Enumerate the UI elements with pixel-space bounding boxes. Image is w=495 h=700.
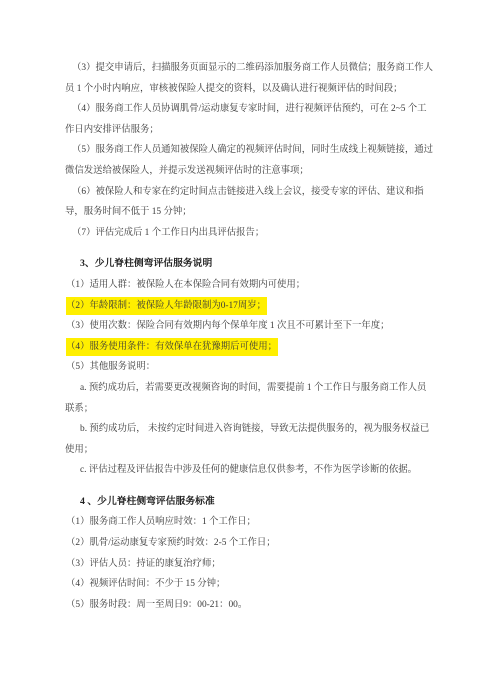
clause: （6）被保险人和专家在约定时间点击链接进入线上会议，接受专家的评估、建议和指导，…	[65, 182, 433, 223]
document-section: 4 、少儿脊柱侧弯评估服务标准（1）服务商工作人员响应时效：1 个工作日；（2）…	[65, 492, 433, 616]
clause: c. 评估过程及评估报告中涉及任何的健康信息仅供参考，不作为医学诊断的依据。	[65, 460, 433, 481]
clause: （4）服务商工作人员协调肌骨/运动康复专家时间，进行视频评估预约，可在 2~5 …	[65, 99, 433, 140]
highlighted-clause: （4）服务使用条件：有效保单在犹豫期后可使用；	[65, 337, 433, 358]
document-section: （3）提交申请后，扫描服务页面显示的二维码添加服务商工作人员微信；服务商工作人员…	[65, 58, 433, 243]
section-title: 4 、少儿脊柱侧弯评估服务标准	[65, 492, 433, 513]
clause: （3）评估人员：持证的康复治疗师；	[65, 554, 433, 575]
clause: （1）服务商工作人员响应时效：1 个工作日；	[65, 512, 433, 533]
highlight-mark: （4）服务使用条件：有效保单在犹豫期后可使用；	[66, 338, 278, 356]
clause: （5）其他服务说明：	[65, 357, 433, 378]
clause: （3）提交申请后，扫描服务页面显示的二维码添加服务商工作人员微信；服务商工作人员…	[65, 58, 433, 99]
clause: （5）服务商工作人员通知被保险人确定的视频评估时间，同时生成线上视频链接，通过微…	[65, 140, 433, 181]
clause: b. 预约成功后， 未按约定时间进入咨询链接，导致无法提供服务的，视为服务权益已…	[65, 419, 433, 460]
document-content: （3）提交申请后，扫描服务页面显示的二维码添加服务商工作人员微信；服务商工作人员…	[65, 58, 433, 615]
section-title: 3、少儿脊柱侧弯评估服务说明	[65, 254, 433, 275]
clause: （2）肌骨/运动康复专家预约时效：2-5 个工作日；	[65, 533, 433, 554]
clause: （7）评估完成后 1 个工作日内出具评估报告；	[65, 223, 433, 244]
clause: （4）视频评估时间：不少于 15 分钟；	[65, 574, 433, 595]
document-page: （3）提交申请后，扫描服务页面显示的二维码添加服务商工作人员微信；服务商工作人员…	[0, 0, 495, 700]
highlight-mark: （2）年龄限制：被保险人年龄限制为0-17周岁；	[66, 297, 267, 315]
clause: （5）服务时段：周一至周日9：00-21：00。	[65, 595, 433, 616]
clause: （1）适用人群：被保险人在本保险合同有效期内可使用；	[65, 275, 433, 296]
document-section: 3、少儿脊柱侧弯评估服务说明（1）适用人群：被保险人在本保险合同有效期内可使用；…	[65, 254, 433, 481]
clause: （3）使用次数：保险合同有效期内每个保单年度 1 次且不可累计至下一年度；	[65, 316, 433, 337]
clause: a. 预约成功后，若需要更改视频咨询的时间，需要提前 1 个工作日与服务商工作人…	[65, 378, 433, 419]
highlighted-clause: （2）年龄限制：被保险人年龄限制为0-17周岁；	[65, 296, 433, 317]
